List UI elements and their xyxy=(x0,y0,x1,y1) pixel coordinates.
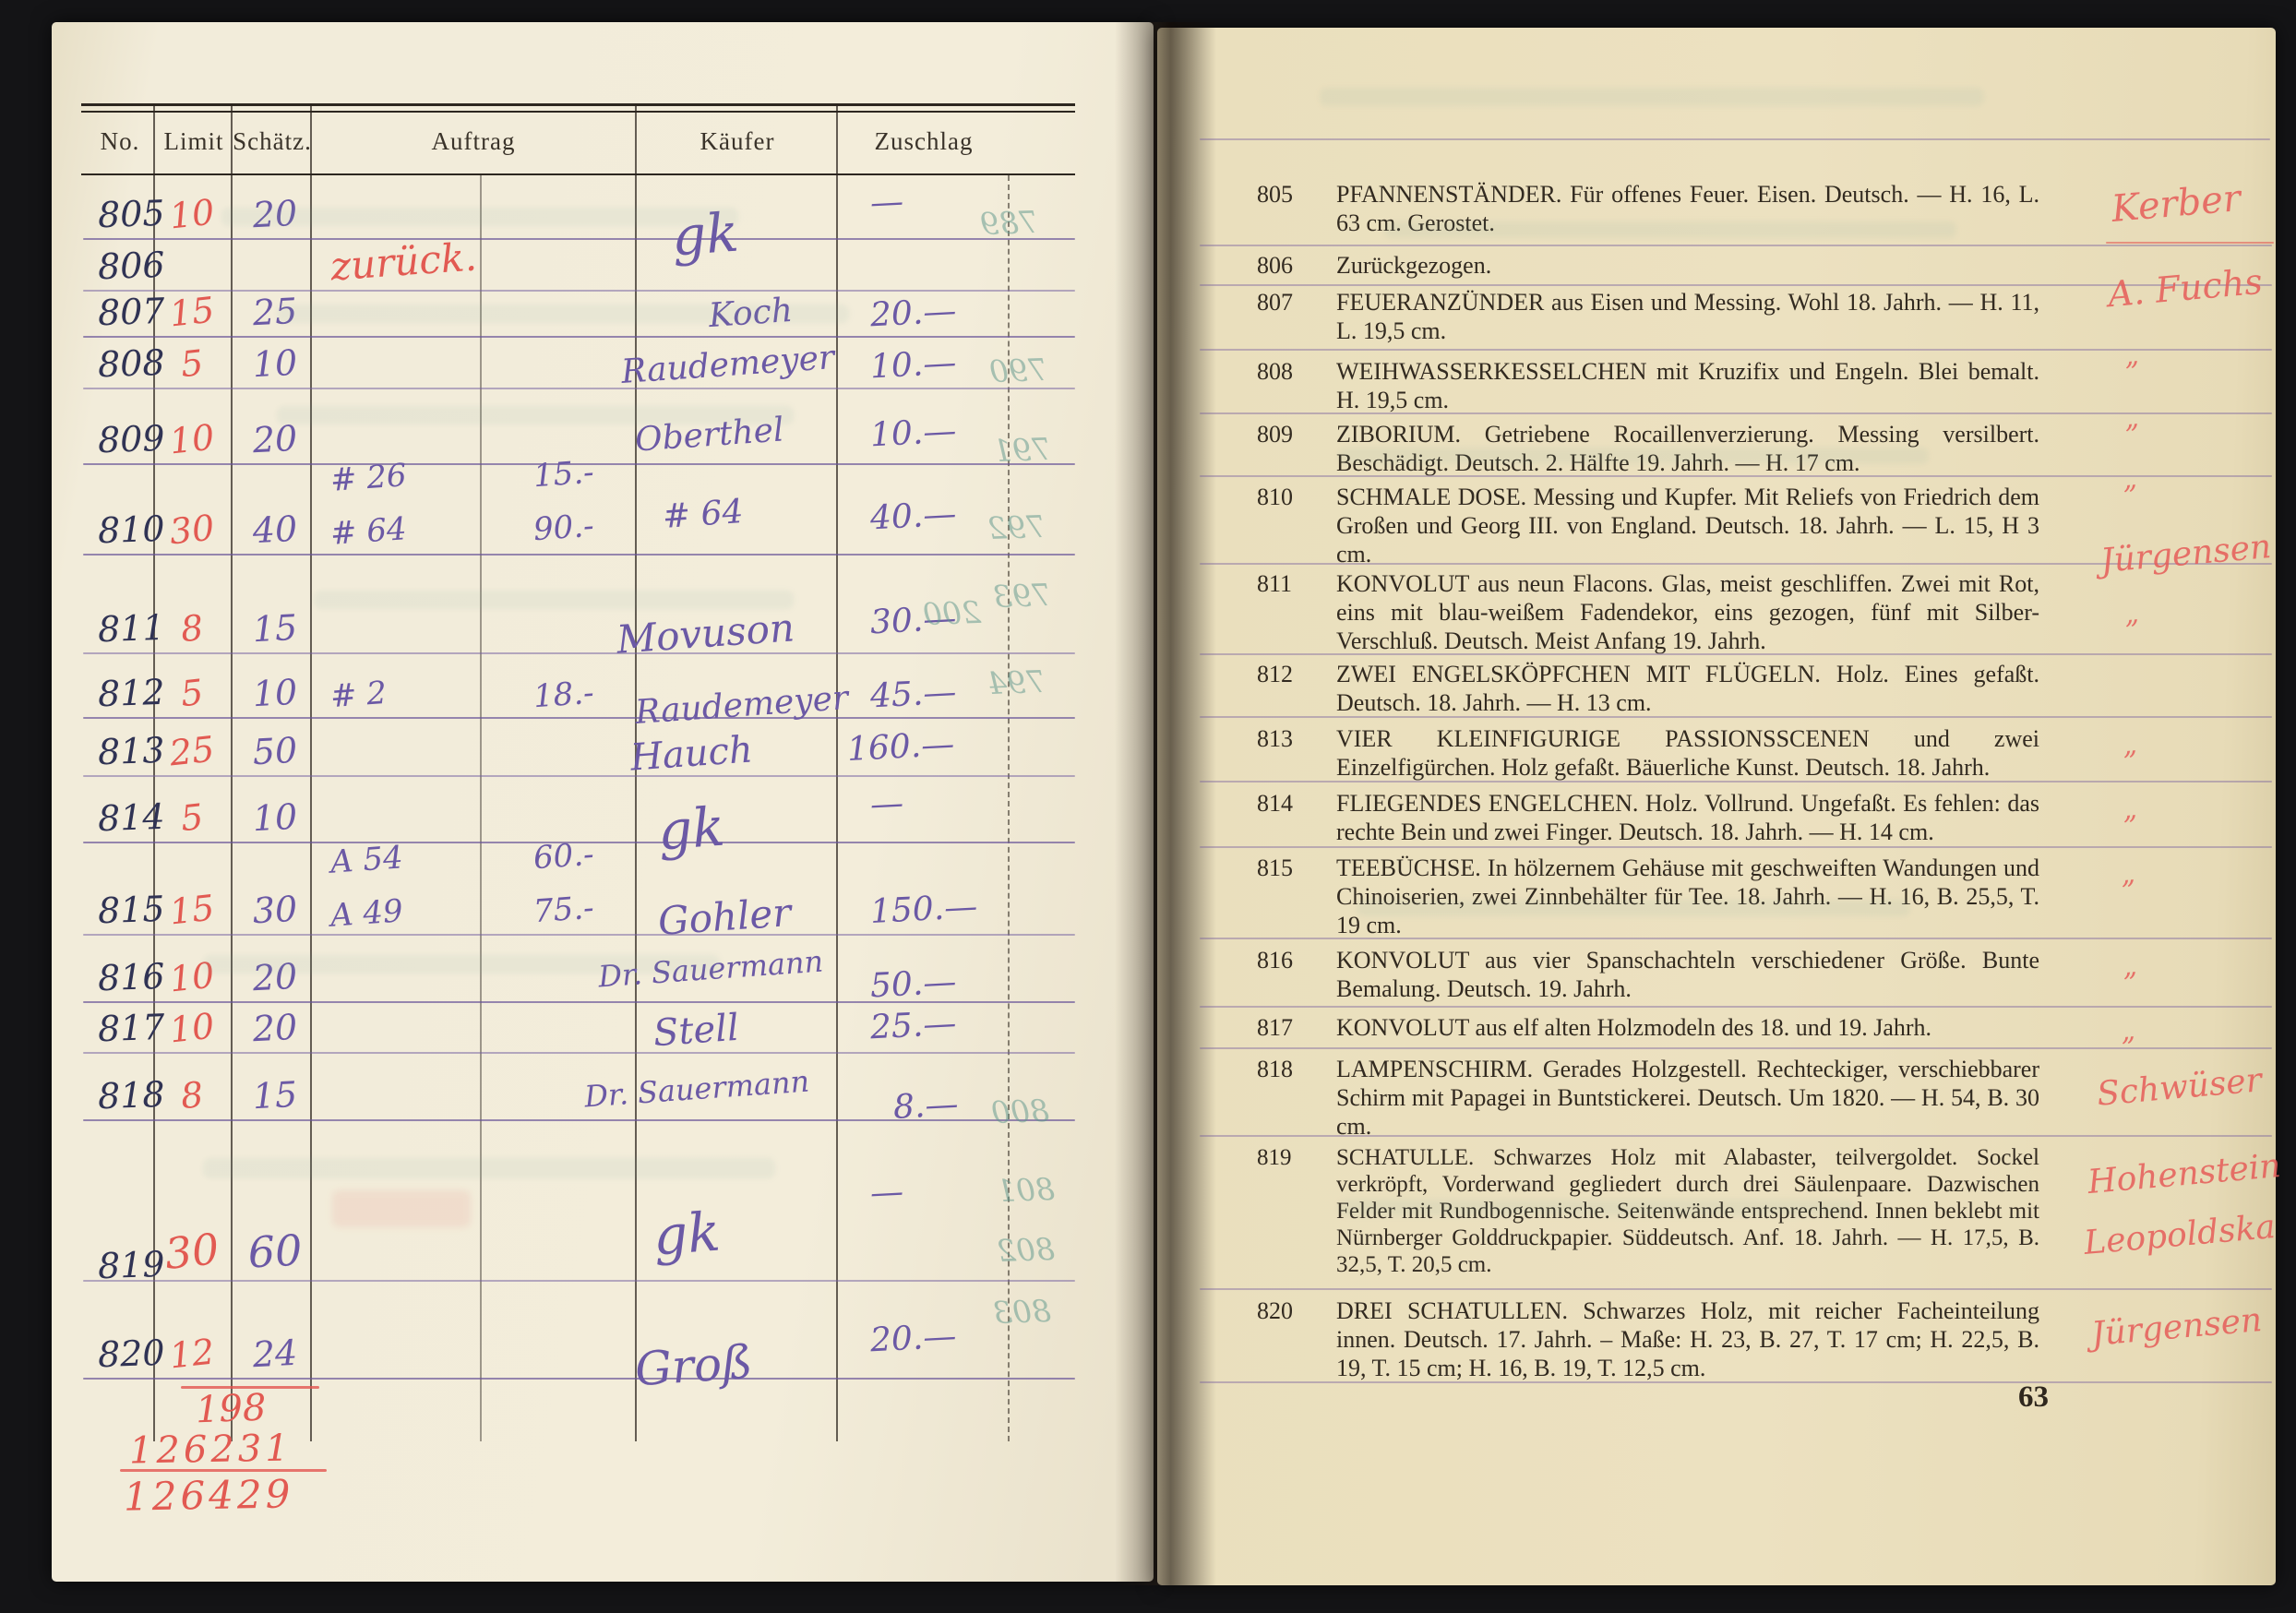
ditto-mark: „ xyxy=(2120,1014,2137,1047)
ditto-mark: „ xyxy=(2123,401,2141,435)
lot-number: 820 xyxy=(1257,1296,1327,1325)
bleed-smudge xyxy=(277,305,849,323)
lot-description: KONVOLUT aus elf alten Holzmodeln des 18… xyxy=(1336,1014,1931,1041)
bleedthrough-number: 790 xyxy=(988,352,1047,389)
ledger-row-814: 814 5 10 gk — xyxy=(81,775,1075,842)
lot-number: 809 xyxy=(1257,420,1327,448)
estimate-value: 10 xyxy=(219,795,331,841)
lot-number: 806 xyxy=(1257,251,1327,280)
estimate-value: 10 xyxy=(219,670,331,716)
buyer-value: Raudemeyer xyxy=(620,339,836,391)
order-bid-1: # 26 xyxy=(329,457,408,499)
col-header-kaeufer: Käufer xyxy=(637,127,838,156)
hammer-price: 160.— xyxy=(846,725,955,769)
lot-entry-815: 815TEEBÜCHSE. In hölzernem Gehäuse mit g… xyxy=(1336,854,2039,939)
lot-number: 812 xyxy=(1257,660,1327,688)
lot-entry-818: 818LAMPENSCHIRM. Gerades Holzgestell. Re… xyxy=(1336,1055,2039,1141)
estimate-value: 60 xyxy=(219,1224,332,1279)
catalog-rule xyxy=(1200,653,2272,655)
catalog-rule xyxy=(1200,1006,2272,1008)
lot-number: 819 xyxy=(1257,1144,1327,1171)
bleed-smudge xyxy=(203,1158,775,1178)
bleed-smudge xyxy=(314,591,794,609)
catalog-rule xyxy=(1200,1135,2272,1137)
ditto-mark: „ xyxy=(2122,728,2139,761)
catalog-rule xyxy=(1200,938,2272,939)
ditto-mark: „ xyxy=(2123,339,2141,372)
lot-number: 808 xyxy=(1257,357,1327,386)
lot-description: LAMPENSCHIRM. Gerades Holzgestell. Recht… xyxy=(1336,1056,2039,1140)
order-amount-2: 90.- xyxy=(532,508,595,548)
estimate-value: 15 xyxy=(219,605,331,651)
withdrawn-note: zurück. xyxy=(329,234,478,290)
bleed-smudge xyxy=(1338,1200,1855,1216)
lot-description: VIER KLEINFIGURIGE PASSIONSSCENEN und zw… xyxy=(1336,725,2039,781)
ledger-row-809: 809 10 20 Oberthel 10.— xyxy=(81,388,1075,463)
hammer-price: 50.— xyxy=(869,963,957,1006)
hammer-price: 40.— xyxy=(869,496,957,538)
lot-number: 817 xyxy=(1257,1013,1327,1042)
ledger-row-808: 808 5 10 Raudemeyer 10.— xyxy=(81,336,1075,388)
hammer-price: 10.— xyxy=(869,412,957,455)
estimate-value: 30 xyxy=(219,887,331,933)
book-gutter-shadow xyxy=(1115,22,1216,1585)
bleedthrough-number: 789 xyxy=(979,204,1038,242)
ledger-row-812: 812 5 10 # 2 18.- Raudemeyer 45.— xyxy=(81,652,1075,717)
ledger-row-813: 813 25 50 Hauch 160.— xyxy=(81,717,1075,775)
order-amount-1: 18.- xyxy=(532,675,595,715)
lot-entry-820: 820DREI SCHATULLEN. Schwarzes Holz, mit … xyxy=(1336,1296,2039,1382)
lot-entry-807: 807FEUERANZÜNDER aus Eisen und Messing. … xyxy=(1336,288,2039,345)
catalog-rule xyxy=(1200,1381,2272,1383)
estimate-value: 24 xyxy=(219,1331,331,1377)
hammer-price: 20.— xyxy=(869,1318,957,1360)
hammer-price: 20.— xyxy=(869,293,957,335)
buyer-value: Stell xyxy=(652,1007,741,1055)
lot-number: 810 xyxy=(1257,483,1327,511)
lot-description: FEUERANZÜNDER aus Eisen und Messing. Woh… xyxy=(1336,289,2039,344)
ruled-line xyxy=(83,1378,1075,1380)
lot-number: 818 xyxy=(1257,1055,1327,1083)
ledger-row-819: 819 30 60 gk — xyxy=(81,1119,1075,1280)
lot-description: KONVOLUT aus vier Spanschachteln verschi… xyxy=(1336,947,2039,1002)
lot-entry-813: 813VIER KLEINFIGURIGE PASSIONSSCENEN und… xyxy=(1336,724,2039,782)
catalog-rule xyxy=(1200,138,2270,140)
lot-number: 814 xyxy=(1257,789,1327,818)
bleedthrough-number: 801 xyxy=(996,1171,1055,1209)
col-header-limit: Limit xyxy=(155,127,233,156)
bleed-smudge xyxy=(1384,221,1956,238)
totals-carry: 126231 xyxy=(129,1427,293,1472)
lot-description: TEEBÜCHSE. In hölzernem Gehäuse mit gesc… xyxy=(1336,854,2039,938)
ledger-row-817: 817 10 20 Stell 25.— xyxy=(81,1001,1075,1052)
lot-number: 813 xyxy=(1257,724,1327,753)
lot-description: KONVOLUT aus neun Flacons. Glas, meist g… xyxy=(1336,570,2039,654)
estimate-value: 20 xyxy=(219,1005,331,1051)
lot-entry-811: 811KONVOLUT aus neun Flacons. Glas, meis… xyxy=(1336,569,2039,655)
bleedthrough-number: 800 xyxy=(990,1093,1049,1130)
estimate-value: 15 xyxy=(219,1072,331,1118)
lot-entry-812: 812ZWEI ENGELSKÖPFCHEN MIT FLÜGELN. Holz… xyxy=(1336,660,2039,717)
order-amount-1: 60.- xyxy=(532,836,595,877)
lot-description: Zurückgezogen. xyxy=(1336,252,1491,279)
ledger-row-818: 818 8 15 Dr. Sauermann 8.— xyxy=(81,1052,1075,1119)
ditto-mark: „ xyxy=(2123,597,2141,630)
hammer-price: 45.— xyxy=(869,674,957,716)
bleed-smudge xyxy=(277,406,794,424)
hammer-price: 25.— xyxy=(869,1005,957,1047)
buyer-value: gk xyxy=(652,1201,723,1268)
scanned-book-spread: No. Limit Schätz. Auftrag Käufer Zuschla… xyxy=(0,0,2296,1613)
catalog-rule xyxy=(1200,846,2272,848)
bleed-smudge xyxy=(1320,88,1984,106)
order-amount-1: 15.- xyxy=(532,454,595,495)
bleed-smudge xyxy=(221,208,738,226)
bleed-smudge xyxy=(203,955,720,974)
annotation-underline xyxy=(2106,242,2274,244)
bleedthrough-number: 200 xyxy=(922,594,981,632)
catalog-rule xyxy=(1200,1047,2272,1049)
totals-underline xyxy=(120,1469,327,1472)
ditto-mark: „ xyxy=(2120,857,2137,890)
bleedthrough-number: 791 xyxy=(992,431,1051,469)
catalog-rule xyxy=(1200,781,2272,783)
col-header-auftrag: Auftrag xyxy=(312,127,635,156)
estimate-value: 50 xyxy=(219,728,331,774)
estimate-value: 40 xyxy=(219,507,331,553)
lot-description: ZWEI ENGELSKÖPFCHEN MIT FLÜGELN. Holz. E… xyxy=(1336,661,2039,716)
ledger-row-820: 820 12 24 Groß 20.— xyxy=(81,1280,1075,1378)
bleedthrough-number: 794 xyxy=(987,663,1046,701)
col-header-no: No. xyxy=(85,127,155,156)
ditto-mark: „ xyxy=(2122,793,2139,826)
totals-sum-new: 198 xyxy=(195,1387,267,1432)
bleedthrough-number: 803 xyxy=(992,1293,1051,1331)
lot-entry-817: 817KONVOLUT aus elf alten Holzmodeln des… xyxy=(1336,1013,2039,1042)
lot-description: SCHMALE DOSE. Messing und Kupfer. Mit Re… xyxy=(1336,484,2039,568)
bleedthrough-number: 802 xyxy=(996,1231,1055,1269)
lot-entry-816: 816KONVOLUT aus vier Spanschachteln vers… xyxy=(1336,946,2039,1003)
lot-number: 807 xyxy=(1257,288,1327,317)
lot-number: 805 xyxy=(1257,180,1327,209)
col-header-schaetz: Schätz. xyxy=(233,127,312,156)
catalog-rule xyxy=(1200,1288,2272,1290)
bleedthrough-number: 792 xyxy=(987,508,1046,546)
ledger-row-810: 810 30 40 # 26 15.- # 64 90.- # 64 40.— xyxy=(81,463,1075,554)
catalog-rule xyxy=(1200,412,2272,414)
buyer-value: Dr. Sauermann xyxy=(583,1064,810,1115)
order-bid-2: # 64 xyxy=(329,510,408,553)
lot-number: 816 xyxy=(1257,946,1327,974)
ditto-mark: „ xyxy=(2122,950,2139,983)
order-amount-2: 75.- xyxy=(532,890,595,930)
hammer-price: 150.— xyxy=(869,888,978,931)
totals-grand-total: 126429 xyxy=(124,1471,294,1519)
hammer-price: — xyxy=(869,784,904,824)
lot-number: 811 xyxy=(1257,569,1327,598)
ditto-mark: „ xyxy=(2122,462,2139,496)
col-header-zuschlag: Zuschlag xyxy=(838,127,1010,156)
lot-number: 806 xyxy=(97,245,165,288)
estimate-value: 10 xyxy=(219,341,331,387)
catalog-rule xyxy=(1200,245,2272,246)
hammer-price: — xyxy=(869,183,904,222)
lot-entry-810: 810SCHMALE DOSE. Messing und Kupfer. Mit… xyxy=(1336,483,2039,568)
bleed-smudge xyxy=(1338,448,1929,464)
hammer-price: 10.— xyxy=(869,344,957,387)
bleedthrough-number: 793 xyxy=(992,577,1051,615)
buyer-value: # 64 xyxy=(662,493,745,536)
lot-entry-806: 806Zurückgezogen. xyxy=(1336,251,2039,280)
lot-description: WEIHWASSERKESSELCHEN mit Kruzifix und En… xyxy=(1336,358,2039,413)
lot-description: DREI SCHATULLEN. Schwarzes Holz, mit rei… xyxy=(1336,1297,2039,1381)
ledger-row-815: 815 15 30 A 54 60.- A 49 75.- Gohler 150… xyxy=(81,842,1075,934)
lot-number: 815 xyxy=(1257,854,1327,882)
catalog-rule xyxy=(1200,716,2272,718)
buyer-value: Groß xyxy=(633,1335,754,1397)
bleed-smudge xyxy=(332,1190,471,1227)
buyer-value: Hauch xyxy=(629,728,755,779)
hammer-price: — xyxy=(869,1173,904,1213)
lot-entry-808: 808WEIHWASSERKESSELCHEN mit Kruzifix und… xyxy=(1336,357,2039,414)
order-bid-1: A 54 xyxy=(329,839,404,880)
catalog-rule xyxy=(1200,475,2272,477)
lot-entry-814: 814FLIEGENDES ENGELCHEN. Holz. Vollrund.… xyxy=(1336,789,2039,846)
ledger-row-806: 806 zurück. xyxy=(81,238,1075,290)
order-bid-1: # 2 xyxy=(329,675,389,715)
page-number: 63 xyxy=(1984,1380,2049,1415)
order-bid-2: A 49 xyxy=(329,892,404,934)
catalog-rule xyxy=(1200,349,2272,351)
lot-description: FLIEGENDES ENGELCHEN. Holz. Vollrund. Un… xyxy=(1336,790,2039,845)
bleed-smudge xyxy=(1357,900,1910,916)
